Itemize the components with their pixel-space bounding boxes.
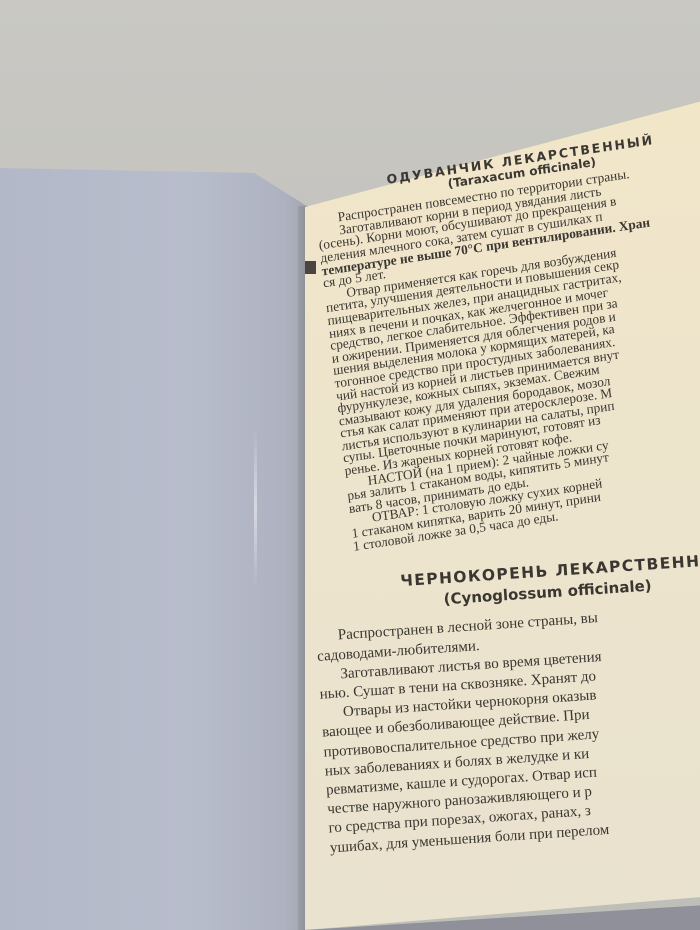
left-page-cover bbox=[0, 168, 310, 930]
article-dandelion: ОДУВАНЧИК ЛЕКАРСТВЕННЫЙ (Taraxacum offic… bbox=[312, 123, 700, 553]
page-crease bbox=[254, 428, 257, 588]
page-tab-mark bbox=[305, 261, 316, 274]
article-hounds-tongue: ЧЕРНОКОРЕНЬ ЛЕКАРСТВЕННЫ (Cynoglossum of… bbox=[312, 550, 700, 858]
